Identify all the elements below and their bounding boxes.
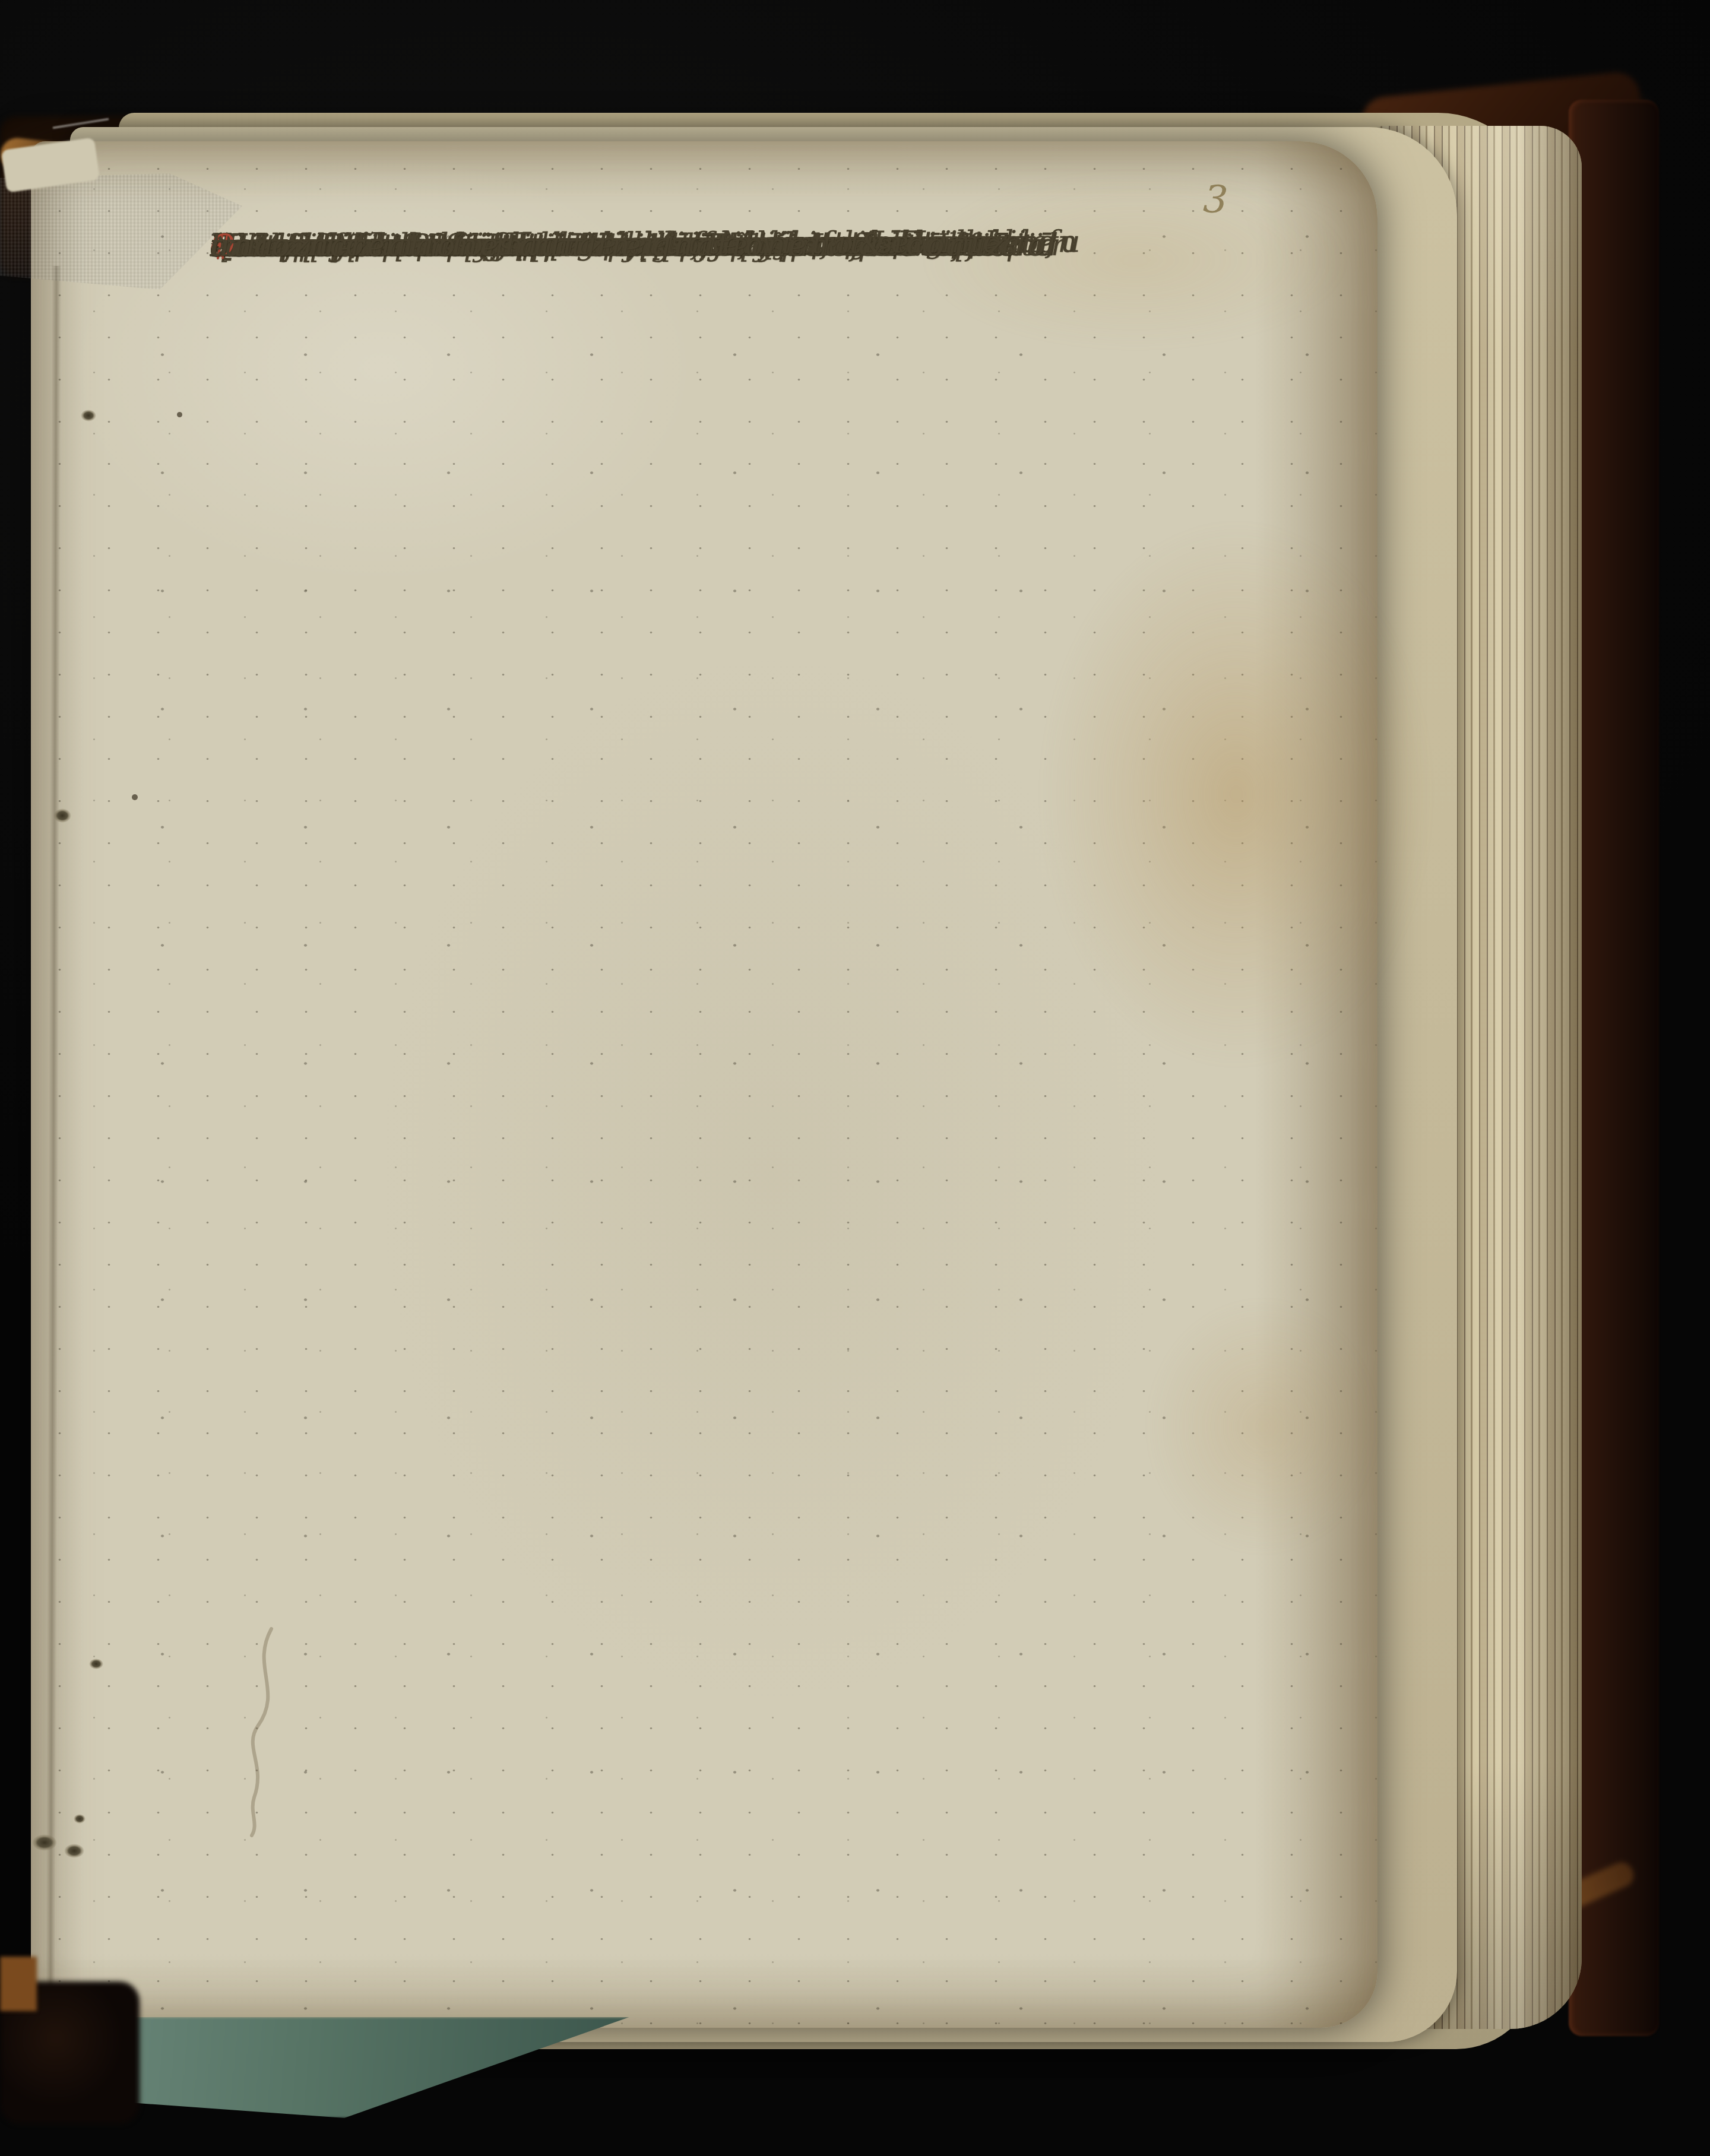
leather-sliver-bottom-left: [0, 1957, 37, 2011]
wormhole: [32, 1834, 57, 1851]
wormhole: [74, 1814, 85, 1824]
manuscript-page: 3 Nam & Istud oratoriuz erit forsan Init…: [31, 141, 1377, 2028]
text-run: talloz creatione aut In gnātione : & cor…: [210, 223, 1006, 269]
folio-number: 3: [1202, 177, 1229, 223]
wormhole: [53, 808, 71, 823]
ink-dot: [177, 412, 182, 417]
wormhole: [89, 1659, 103, 1669]
pen-squiggle-mark: [215, 1625, 310, 1839]
wormhole: [81, 410, 96, 421]
wormhole: [64, 1844, 84, 1858]
stain-right-middle: [1040, 521, 1432, 1067]
stain-lower-right: [1147, 1299, 1379, 1554]
photograph-background: 3 Nam & Istud oratoriuz erit forsan Init…: [0, 0, 1710, 2156]
ink-dot: [132, 794, 138, 800]
cover-board-right: [1569, 100, 1659, 2036]
